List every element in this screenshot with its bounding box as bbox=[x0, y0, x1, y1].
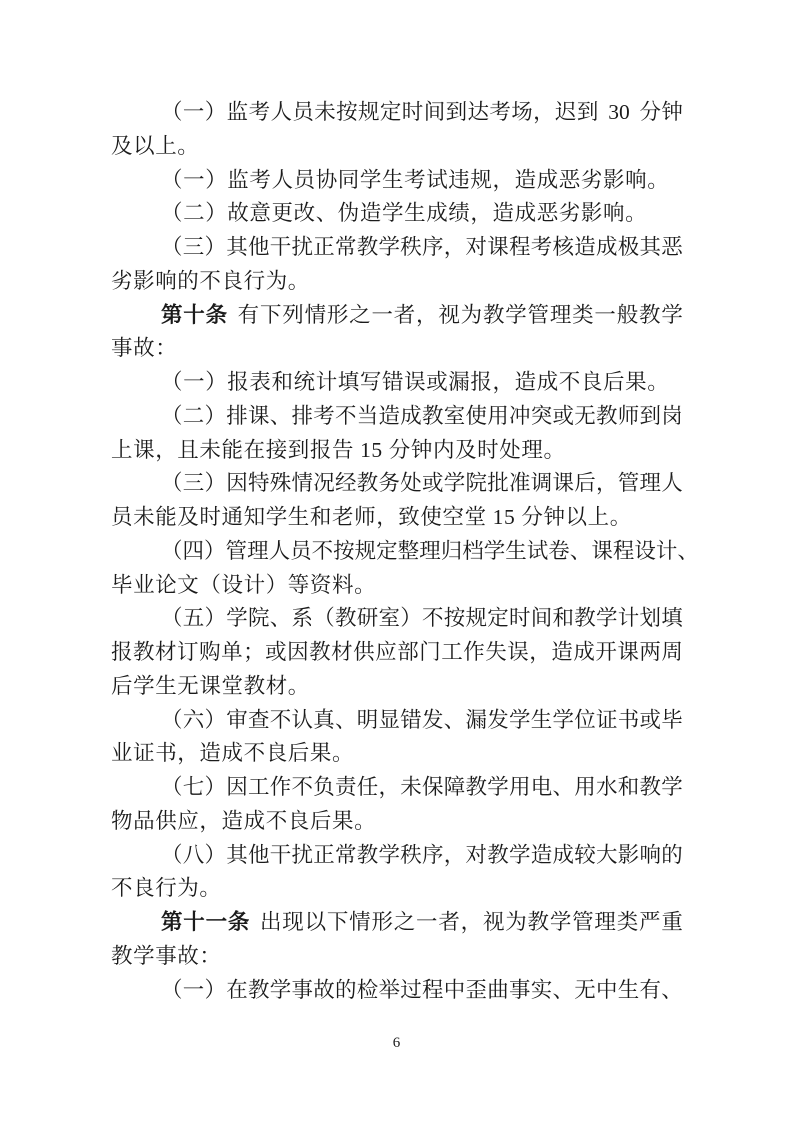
text-token: 学 bbox=[661, 299, 683, 333]
text-token: 造 bbox=[574, 231, 596, 265]
text-token: 按 bbox=[444, 602, 466, 636]
text-token: 一 bbox=[594, 299, 616, 333]
text-token: 发 bbox=[487, 704, 509, 738]
text-token: 保 bbox=[422, 771, 444, 805]
text-token: 其 bbox=[226, 839, 248, 873]
text-token: 规 bbox=[358, 96, 380, 130]
text-segment: 毕业论文（设计）等资料。 bbox=[111, 573, 376, 597]
text-token: ， bbox=[444, 231, 466, 265]
space bbox=[599, 96, 608, 130]
text-token: 为 bbox=[461, 299, 483, 333]
text-token: 订 bbox=[177, 636, 199, 670]
text-token: ， bbox=[379, 771, 401, 805]
text-token: 不 bbox=[270, 704, 292, 738]
text-token: 书 bbox=[618, 704, 640, 738]
text-token: 管 bbox=[226, 535, 248, 569]
text-token: 序 bbox=[422, 839, 444, 873]
text-token: ， bbox=[529, 636, 551, 670]
text-token: ） bbox=[205, 771, 227, 805]
text-token: 不 bbox=[292, 771, 314, 805]
text-line: （一）监考人员协同学生考试违规，造成恶劣影响。 bbox=[111, 164, 683, 198]
text-token: 障 bbox=[444, 771, 466, 805]
text-token: 或 bbox=[422, 467, 444, 501]
text-token: 计 bbox=[656, 535, 678, 569]
text-token: 员 bbox=[290, 535, 312, 569]
text-token: ） bbox=[205, 974, 227, 1008]
text-token: 教 bbox=[574, 602, 596, 636]
text-token: 钟 bbox=[661, 96, 683, 130]
text-token: 用 bbox=[509, 771, 531, 805]
text-token: （ bbox=[313, 602, 335, 636]
text-token: 间 bbox=[531, 602, 553, 636]
text-token: 不 bbox=[335, 400, 357, 434]
text-token: 室 bbox=[444, 400, 466, 434]
text-token: 生 bbox=[531, 704, 553, 738]
text-token: ） bbox=[205, 467, 227, 501]
text-token: 、 bbox=[661, 974, 683, 1008]
text-token: 在 bbox=[226, 974, 248, 1008]
text-token: 周 bbox=[661, 636, 683, 670]
text-token: 大 bbox=[596, 839, 618, 873]
text-token: 不 bbox=[312, 535, 334, 569]
text-token: 的 bbox=[661, 839, 683, 873]
text-token: 造 bbox=[379, 400, 401, 434]
text-token: 学 bbox=[379, 231, 401, 265]
text-token: 到 bbox=[446, 96, 468, 130]
text-token: 理 bbox=[550, 299, 572, 333]
text-token: 有 bbox=[640, 974, 662, 1008]
text-token: 设 bbox=[634, 535, 656, 569]
text-token: 划 bbox=[640, 602, 662, 636]
text-token: 对 bbox=[466, 231, 488, 265]
text-token: 调 bbox=[531, 467, 553, 501]
text-token: 定 bbox=[380, 96, 402, 130]
text-token: 情 bbox=[305, 299, 327, 333]
text-token: 正 bbox=[313, 231, 335, 265]
text-line: （三）因特殊情况经教务处或学院批准调课后，管理人 bbox=[111, 467, 683, 501]
text-token: 工 bbox=[248, 771, 270, 805]
text-token: ， bbox=[461, 906, 483, 940]
text-segment: （一）监考人员协同学生考试违规，造成恶劣影响。 bbox=[161, 168, 669, 192]
text-token: 程 bbox=[613, 535, 635, 569]
text-token: 毕 bbox=[661, 704, 683, 738]
text-token: 事 bbox=[292, 974, 314, 1008]
text-token: 不 bbox=[422, 602, 444, 636]
text-token: 情 bbox=[349, 906, 371, 940]
text-token: （ bbox=[161, 602, 183, 636]
text-token: （ bbox=[161, 467, 183, 501]
text-token: 下 bbox=[260, 299, 282, 333]
text-segment: （一）报表和统计填写错误或漏报，造成不良后果。 bbox=[161, 370, 669, 394]
text-token: 或 bbox=[640, 704, 662, 738]
text-token: 30 bbox=[608, 96, 630, 130]
text-token: 漏 bbox=[466, 704, 488, 738]
text-token: 教 bbox=[133, 636, 155, 670]
text-token: 人 bbox=[269, 535, 291, 569]
text-token: 材 bbox=[331, 636, 353, 670]
text-token: 课 bbox=[591, 535, 613, 569]
text-token: 材 bbox=[155, 636, 177, 670]
text-token: 档 bbox=[462, 535, 484, 569]
text-line: 业证书，造成不良后果。 bbox=[111, 737, 683, 771]
text-token: 教 bbox=[422, 400, 444, 434]
text-token: 条 bbox=[206, 299, 228, 333]
text-line: （三）其他干扰正常教学秩序，对课程考核造成极其恶 bbox=[111, 231, 683, 265]
text-token: 二 bbox=[183, 400, 205, 434]
text-token: 教 bbox=[487, 839, 509, 873]
text-token: 恶 bbox=[661, 231, 683, 265]
text-token: 其 bbox=[640, 231, 662, 265]
text-token: 认 bbox=[292, 704, 314, 738]
text-token: 以 bbox=[305, 906, 327, 940]
text-token: 之 bbox=[394, 906, 416, 940]
text-token: 到 bbox=[577, 96, 599, 130]
text-line: （一）在教学事故的检举过程中歪曲事实、无中生有、 bbox=[111, 974, 683, 1008]
space bbox=[250, 906, 259, 940]
text-token: 扰 bbox=[292, 231, 314, 265]
text-token: 有 bbox=[238, 299, 260, 333]
text-token: 管 bbox=[528, 299, 550, 333]
text-token: 一 bbox=[371, 299, 393, 333]
text-line: 及以上。 bbox=[111, 130, 683, 164]
text-token: 岗 bbox=[661, 400, 683, 434]
text-token: 者 bbox=[394, 299, 416, 333]
text-token: 过 bbox=[400, 974, 422, 1008]
text-token: 按 bbox=[333, 535, 355, 569]
text-token: 分 bbox=[639, 96, 661, 130]
text-token: 情 bbox=[292, 467, 314, 501]
text-token: 类 bbox=[572, 299, 594, 333]
text-token: 检 bbox=[357, 974, 379, 1008]
text-token: 十 bbox=[183, 906, 205, 940]
text-token: 、 bbox=[553, 974, 575, 1008]
text-token: 理 bbox=[247, 535, 269, 569]
text-token: 视 bbox=[438, 299, 460, 333]
text-token: 学 bbox=[270, 974, 292, 1008]
text-token: 真 bbox=[313, 704, 335, 738]
text-token: 审 bbox=[226, 704, 248, 738]
text-segment: 物品供应，造成不良后果。 bbox=[111, 809, 376, 833]
text-token: 教 bbox=[640, 771, 662, 805]
text-token: （ bbox=[161, 974, 183, 1008]
text-token: 者 bbox=[438, 906, 460, 940]
text-token: 作 bbox=[463, 636, 485, 670]
text-token: 曲 bbox=[487, 974, 509, 1008]
text-token: 工 bbox=[441, 636, 463, 670]
text-token: 责 bbox=[335, 771, 357, 805]
text-token: 般 bbox=[617, 299, 639, 333]
text-token: 学 bbox=[509, 704, 531, 738]
text-token: 位 bbox=[574, 704, 596, 738]
text-token: 学 bbox=[484, 535, 506, 569]
text-line: （一）报表和统计填写错误或漏报，造成不良后果。 bbox=[111, 366, 683, 400]
text-token: 教 bbox=[357, 839, 379, 873]
text-token: 供 bbox=[353, 636, 375, 670]
text-token: 第 bbox=[161, 906, 183, 940]
text-token: 生 bbox=[505, 535, 527, 569]
text-line: 物品供应，造成不良后果。 bbox=[111, 805, 683, 839]
text-token: （ bbox=[161, 96, 183, 130]
text-token: 归 bbox=[441, 535, 463, 569]
text-token: 殊 bbox=[270, 467, 292, 501]
text-token: 、 bbox=[570, 535, 592, 569]
text-token: 填 bbox=[661, 602, 683, 636]
text-token: 考 bbox=[249, 96, 271, 130]
text-token: 和 bbox=[618, 771, 640, 805]
text-token: 影 bbox=[618, 839, 640, 873]
text-token: 员 bbox=[292, 96, 314, 130]
text-line: 事故： bbox=[111, 332, 683, 366]
text-token: 出 bbox=[260, 906, 282, 940]
text-token: 教 bbox=[483, 299, 505, 333]
text-segment: 教学事故： bbox=[111, 944, 222, 968]
text-token: 学 bbox=[379, 839, 401, 873]
text-token: 院 bbox=[248, 602, 270, 636]
text-token: 四 bbox=[183, 535, 205, 569]
text-token: 学 bbox=[509, 839, 531, 873]
text-token: 或 bbox=[265, 636, 287, 670]
text-token: 学 bbox=[596, 602, 618, 636]
text-token: 门 bbox=[419, 636, 441, 670]
text-token: ， bbox=[533, 96, 555, 130]
text-line: （六）审查不认真、明显错发、漏发学生学位证书或毕 bbox=[111, 704, 683, 738]
text-token: 、 bbox=[553, 771, 575, 805]
text-token: 、 bbox=[270, 400, 292, 434]
text-segment: 员未能及时通知学生和老师，致使空堂 15 分钟以上。 bbox=[111, 505, 632, 529]
text-token: 监 bbox=[227, 96, 249, 130]
text-token: 秩 bbox=[400, 839, 422, 873]
text-token: 中 bbox=[596, 974, 618, 1008]
document-body: （一）监考人员未按规定时间到达考场，迟到30分钟及以上。（一）监考人员协同学生考… bbox=[111, 96, 683, 1007]
text-token: 开 bbox=[595, 636, 617, 670]
text-token: 显 bbox=[379, 704, 401, 738]
text-token: 课 bbox=[553, 467, 575, 501]
text-token: 教 bbox=[309, 636, 331, 670]
text-token: 务 bbox=[379, 467, 401, 501]
text-token: 师 bbox=[618, 400, 640, 434]
text-token: 使 bbox=[466, 400, 488, 434]
text-token: 部 bbox=[397, 636, 419, 670]
text-token: 之 bbox=[349, 299, 371, 333]
text-token: 考 bbox=[531, 231, 553, 265]
text-token: ） bbox=[205, 231, 227, 265]
text-line: 不良行为。 bbox=[111, 872, 683, 906]
text-token: 人 bbox=[661, 467, 683, 501]
text-token: 明 bbox=[357, 704, 379, 738]
text-token: 八 bbox=[183, 839, 205, 873]
text-token: 、 bbox=[270, 602, 292, 636]
text-token: 两 bbox=[639, 636, 661, 670]
text-token: 学 bbox=[550, 906, 572, 940]
text-token: （ bbox=[161, 704, 183, 738]
text-token: ） bbox=[205, 704, 227, 738]
text-segment: 不良行为。 bbox=[111, 876, 222, 900]
text-token: 课 bbox=[487, 231, 509, 265]
text-token: 应 bbox=[375, 636, 397, 670]
text-token: 间 bbox=[424, 96, 446, 130]
text-token: 发 bbox=[422, 704, 444, 738]
text-token: 程 bbox=[509, 231, 531, 265]
text-line: 上课，且未能在接到报告 15 分钟内及时处理。 bbox=[111, 434, 683, 468]
text-token: 举 bbox=[379, 974, 401, 1008]
text-token: 理 bbox=[640, 467, 662, 501]
text-token: 教 bbox=[528, 906, 550, 940]
text-token: 教 bbox=[639, 299, 661, 333]
text-token: 形 bbox=[371, 906, 393, 940]
text-token: 错 bbox=[400, 704, 422, 738]
text-token: ） bbox=[205, 602, 227, 636]
text-token: 管 bbox=[572, 906, 594, 940]
text-token: 准 bbox=[509, 467, 531, 501]
text-token: 教 bbox=[357, 231, 379, 265]
text-token: 理 bbox=[419, 535, 441, 569]
text-token: 视 bbox=[483, 906, 505, 940]
text-token: 秩 bbox=[400, 231, 422, 265]
text-token: 、 bbox=[677, 535, 699, 569]
text-token: 较 bbox=[574, 839, 596, 873]
text-token: 生 bbox=[618, 974, 640, 1008]
text-token: 排 bbox=[226, 400, 248, 434]
text-token: 当 bbox=[357, 400, 379, 434]
text-line: （二）故意更改、伪造学生成绩，造成恶劣影响。 bbox=[111, 197, 683, 231]
text-token: 成 bbox=[596, 231, 618, 265]
text-token: 处 bbox=[400, 467, 422, 501]
text-token: 未 bbox=[314, 96, 336, 130]
text-token: 特 bbox=[248, 467, 270, 501]
text-line: 第十一条出现以下情形之一者，视为教学管理类严重 bbox=[111, 906, 683, 940]
page-number: 6 bbox=[0, 1033, 793, 1053]
text-token: 干 bbox=[270, 839, 292, 873]
text-token: 电 bbox=[531, 771, 553, 805]
text-token: （ bbox=[161, 839, 183, 873]
text-token: 考 bbox=[489, 96, 511, 130]
text-token: 五 bbox=[183, 602, 205, 636]
text-token: 系 bbox=[292, 602, 314, 636]
text-token: ） bbox=[205, 96, 227, 130]
text-token: 经 bbox=[335, 467, 357, 501]
text-token: ） bbox=[205, 400, 227, 434]
text-token: 或 bbox=[553, 400, 575, 434]
text-token: 列 bbox=[282, 299, 304, 333]
text-token: 其 bbox=[226, 231, 248, 265]
text-token: 计 bbox=[618, 602, 640, 636]
text-token: 学 bbox=[226, 602, 248, 636]
text-token: 六 bbox=[183, 704, 205, 738]
text-token: ； bbox=[243, 636, 265, 670]
text-line: （五）学院、系（教研室）不按规定时间和教学计划填 bbox=[111, 602, 683, 636]
text-line: （二）排课、排考不当造成教室使用冲突或无教师到岗 bbox=[111, 400, 683, 434]
text-token: 一 bbox=[183, 96, 205, 130]
text-token: 课 bbox=[248, 400, 270, 434]
text-token: 成 bbox=[553, 839, 575, 873]
text-line: （一）监考人员未按规定时间到达考场，迟到30分钟 bbox=[111, 96, 683, 130]
text-token: 他 bbox=[248, 839, 270, 873]
text-line: 第十条有下列情形之一者，视为教学管理类一般教学 bbox=[111, 299, 683, 333]
text-token: （ bbox=[161, 231, 183, 265]
text-token: 对 bbox=[466, 839, 488, 873]
text-line: 劣影响的不良行为。 bbox=[111, 265, 683, 299]
text-token: 作 bbox=[270, 771, 292, 805]
text-token: 条 bbox=[228, 906, 250, 940]
text-segment: 劣影响的不良行为。 bbox=[111, 269, 310, 293]
text-token: 排 bbox=[292, 400, 314, 434]
text-line: （七）因工作不负责任，未保障教学用电、用水和教学 bbox=[111, 771, 683, 805]
text-token: 序 bbox=[422, 231, 444, 265]
text-token: 实 bbox=[531, 974, 553, 1008]
text-token: 况 bbox=[313, 467, 335, 501]
text-token: 的 bbox=[335, 974, 357, 1008]
text-line: 教学事故： bbox=[111, 940, 683, 974]
text-token: 规 bbox=[355, 535, 377, 569]
text-token: 时 bbox=[509, 602, 531, 636]
text-token: 造 bbox=[551, 636, 573, 670]
text-segment: 上课，且未能在接到报告 15 分钟内及时处理。 bbox=[111, 438, 566, 462]
text-token: 用 bbox=[487, 400, 509, 434]
text-token: 学 bbox=[444, 467, 466, 501]
text-token: 现 bbox=[282, 906, 304, 940]
text-token: 常 bbox=[335, 839, 357, 873]
text-token: 室 bbox=[379, 602, 401, 636]
text-token: 批 bbox=[487, 467, 509, 501]
text-token: 一 bbox=[416, 906, 438, 940]
text-token: 证 bbox=[596, 704, 618, 738]
text-token: 下 bbox=[327, 906, 349, 940]
text-token: 故 bbox=[313, 974, 335, 1008]
text-token: 人 bbox=[270, 96, 292, 130]
text-token: 学 bbox=[505, 299, 527, 333]
text-token: 用 bbox=[574, 771, 596, 805]
text-token: 第 bbox=[161, 299, 183, 333]
text-line: 后学生无课堂教材。 bbox=[111, 670, 683, 704]
text-token: 迟 bbox=[555, 96, 577, 130]
text-token: 因 bbox=[226, 467, 248, 501]
text-token: 达 bbox=[467, 96, 489, 130]
text-token: 造 bbox=[531, 839, 553, 873]
text-token: 、 bbox=[444, 704, 466, 738]
text-token: ） bbox=[400, 602, 422, 636]
text-token: 未 bbox=[400, 771, 422, 805]
text-token: 报 bbox=[111, 636, 133, 670]
text-token: 重 bbox=[661, 906, 683, 940]
text-token: 因 bbox=[287, 636, 309, 670]
text-token: 无 bbox=[574, 400, 596, 434]
text-line: 报教材订购单；或因教材供应部门工作失误，造成开课两周 bbox=[111, 636, 683, 670]
text-token: （ bbox=[161, 400, 183, 434]
text-token: 教 bbox=[466, 771, 488, 805]
text-token: 院 bbox=[466, 467, 488, 501]
text-token: 核 bbox=[553, 231, 575, 265]
text-token: 水 bbox=[596, 771, 618, 805]
text-token: 极 bbox=[618, 231, 640, 265]
text-token: 理 bbox=[594, 906, 616, 940]
text-token: 中 bbox=[444, 974, 466, 1008]
text-token: 任 bbox=[357, 771, 379, 805]
text-token: 场 bbox=[511, 96, 533, 130]
text-segment: 后学生无课堂教材。 bbox=[111, 674, 310, 698]
text-token: 卷 bbox=[548, 535, 570, 569]
text-token: 为 bbox=[505, 906, 527, 940]
text-token: 扰 bbox=[292, 839, 314, 873]
text-token: ， bbox=[416, 299, 438, 333]
text-token: 误 bbox=[507, 636, 529, 670]
text-token: 负 bbox=[313, 771, 335, 805]
text-token: 按 bbox=[336, 96, 358, 130]
text-token: 学 bbox=[487, 771, 509, 805]
space bbox=[228, 299, 237, 333]
text-token: ， bbox=[596, 467, 618, 501]
document-page: （一）监考人员未按规定时间到达考场，迟到30分钟及以上。（一）监考人员协同学生考… bbox=[0, 0, 793, 1122]
text-token: 响 bbox=[640, 839, 662, 873]
